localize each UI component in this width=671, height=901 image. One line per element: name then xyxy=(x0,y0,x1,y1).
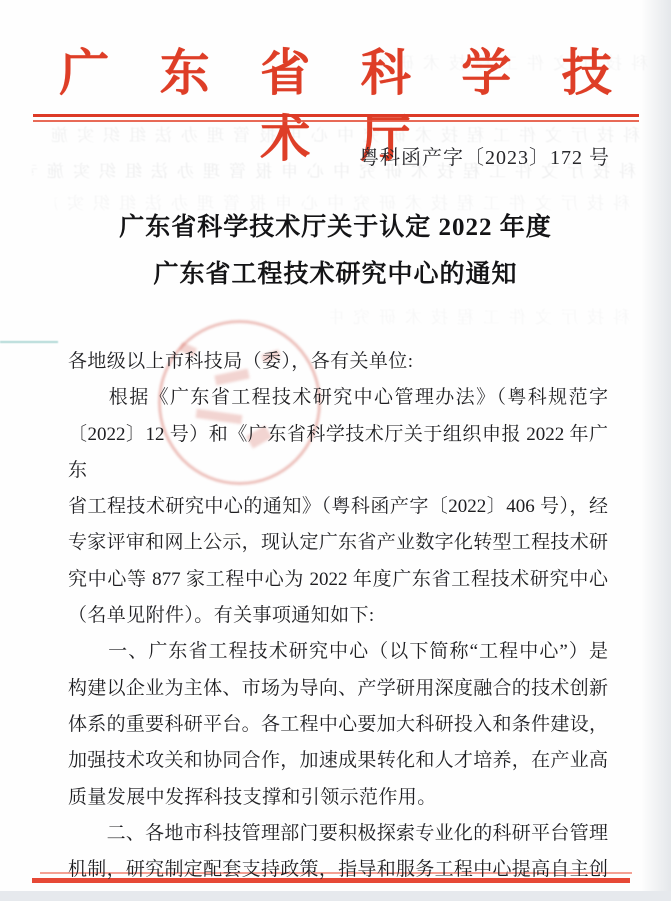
body-text-line: 机制，研究制定配套支持政策，指导和服务工程中心提高自主创 xyxy=(68,852,608,888)
title-line-1: 广东省科学技术厅关于认定 2022 年度 xyxy=(0,204,671,251)
body-text-line: 〔2022〕12 号）和《广东省科学技术厅关于组织申报 2022 年广东 xyxy=(68,417,608,490)
header-rule-thick xyxy=(33,114,639,117)
scan-edge-shading xyxy=(641,0,671,892)
body-text-line: 根据《广东省工程技术研究中心管理办法》（粤科规范字 xyxy=(68,380,608,416)
body-text-line: （名单见附件）。有关事项通知如下: xyxy=(68,598,608,634)
notice-title: 广东省科学技术厅关于认定 2022 年度 广东省工程技术研究中心的通知 xyxy=(0,204,671,298)
body-text-line: 质量发展中发挥科技支撑和引领示范作用。 xyxy=(68,780,608,816)
document-body: 各地级以上市科技局（委），各有关单位: 根据《广东省工程技术研究中心管理办法》（… xyxy=(68,344,608,888)
body-text-line: 省工程技术研究中心的通知》（粤科函产字〔2022〕406 号），经 xyxy=(68,489,608,525)
body-text-line: 各地级以上市科技局（委），各有关单位: xyxy=(68,344,608,380)
scanned-official-document: 科技厅文件工程技术研究中心申报管理办法组织实施专项通知要求各单位材料评审公示结果… xyxy=(0,0,671,901)
body-text-line: 加强技术攻关和协同合作，加速成果转化和人才培养，在产业高 xyxy=(68,743,608,779)
agency-name-header: 广 东 省 科 学 技 术 厅 xyxy=(0,40,671,106)
body-text-line: 专家评审和网上公示，现认定广东省产业数字化转型工程技术研 xyxy=(68,525,608,561)
document-reference-number: 粤科函产字〔2023〕172 号 xyxy=(359,141,610,170)
scan-artifact-line xyxy=(0,341,58,343)
scanner-background-strip xyxy=(0,891,671,901)
bleedthrough-text: 科技厅文件工程技术研究中心申报管理办法组织实施专项通知要求各单位材料评审公示结果… xyxy=(330,308,630,328)
body-text-line: 体系的重要科研平台。各工程中心要加大科研投入和条件建设， xyxy=(68,707,608,743)
header-rule-thin xyxy=(33,120,639,122)
title-line-2: 广东省工程技术研究中心的通知 xyxy=(0,251,671,298)
body-text-line: 二、各地市科技管理部门要积极探索专业化的科研平台管理 xyxy=(68,816,608,852)
body-text-line: 构建以企业为主体、市场为导向、产学研用深度融合的技术创新 xyxy=(68,671,608,707)
body-text-line: 一、广东省工程技术研究中心（以下简称“工程中心”）是 xyxy=(68,634,608,670)
body-text-line: 究中心等 877 家工程中心为 2022 年度广东省工程技术研究中心 xyxy=(68,562,608,598)
